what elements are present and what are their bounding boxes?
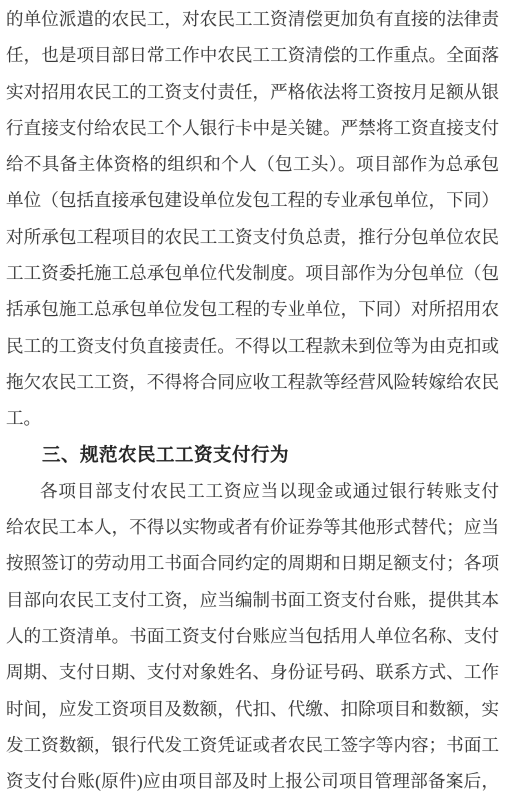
text-line: 拖欠农民工工资，不得将合同应收工程款等经营风险转嫁给农民 bbox=[6, 364, 499, 400]
text-line: 行直接支付给农民工个人银行卡中是关键。严禁将工资直接支付 bbox=[6, 110, 499, 146]
text-line: 给农民工本人，不得以实物或者有价证券等其他形式替代；应当 bbox=[6, 509, 499, 545]
text-line: 按照签订的劳动用工书面合同约定的周期和日期足额支付；各项 bbox=[6, 545, 499, 581]
text-line: 各项目部支付农民工工资应当以现金或通过银行转账支付 bbox=[6, 473, 499, 509]
text-line: 工工资委托施工总承包单位代发制度。项目部作为分包单位（包 bbox=[6, 255, 499, 291]
text-line: 括承包施工总承包单位发包工程的专业单位，下同）对所招用农 bbox=[6, 291, 499, 327]
text-line: 的单位派遣的农民工，对农民工工资清偿更加负有直接的法律责 bbox=[6, 1, 499, 37]
text-line: 工。 bbox=[6, 400, 499, 436]
text-line: 实对招用农民工的工资支付责任，严格依法将工资按月足额从银 bbox=[6, 74, 499, 110]
text-line: 单位（包括直接承包建设单位发包工程的专业承包单位，下同） bbox=[6, 182, 499, 218]
text-line: 民工的工资支付负直接责任。不得以工程款未到位等为由克扣或 bbox=[6, 328, 499, 364]
text-line: 周期、支付日期、支付对象姓名、身份证号码、联系方式、工作 bbox=[6, 654, 499, 690]
text-line: 发工资数额，银行代发工资凭证或者农民工签字等内容；书面工 bbox=[6, 727, 499, 763]
text-line: 资支付台账(原件)应由项目部及时上报公司项目管理部备案后， bbox=[6, 763, 499, 799]
text-line: 目部向农民工支付工资，应当编制书面工资支付台账，提供其本 bbox=[6, 582, 499, 618]
text-line: 对所承包工程项目的农民工工资支付负总责，推行分包单位农民 bbox=[6, 219, 499, 255]
text-line: 时间，应发工资项目及数额，代扣、代缴、扣除项目和数额，实 bbox=[6, 691, 499, 727]
document-page: 的单位派遣的农民工，对农民工工资清偿更加负有直接的法律责任，也是项目部日常工作中… bbox=[0, 0, 507, 800]
text-line: 给不具备主体资格的组织和个人（包工头）。项目部作为总承包 bbox=[6, 146, 499, 182]
text-line: 人的工资清单。书面工资支付台账应当包括用人单位名称、支付 bbox=[6, 618, 499, 654]
text-line: 任，也是项目部日常工作中农民工工资清偿的工作重点。全面落 bbox=[6, 37, 499, 73]
section-heading: 三、规范农民工工资支付行为 bbox=[6, 437, 499, 473]
